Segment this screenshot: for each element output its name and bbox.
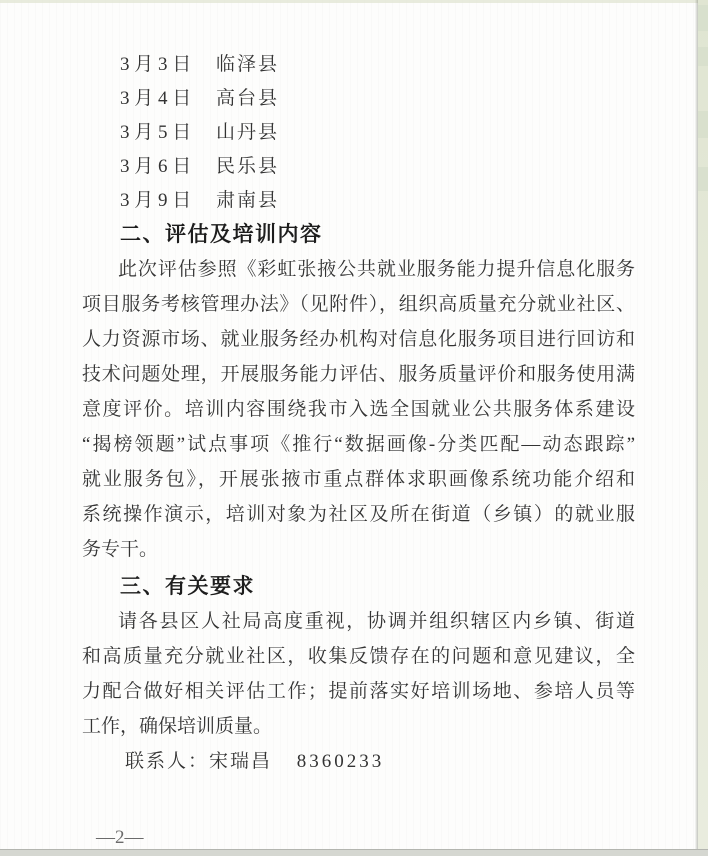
schedule-row: 3 月 6 日民乐县 xyxy=(82,150,635,184)
text-line: 和高质量充分就业社区，收集反馈存在的问题和意见建议，全 xyxy=(82,639,635,674)
text-line: 请各县区人社局高度重视，协调并组织辖区内乡镇、街道 xyxy=(82,604,635,639)
scan-edge-top xyxy=(0,0,698,3)
schedule-row: 3 月 4 日高台县 xyxy=(82,82,635,116)
document-content: 3 月 3 日临泽县3 月 4 日高台县3 月 5 日山丹县3 月 6 日民乐县… xyxy=(82,48,635,779)
schedule-county: 高台县 xyxy=(216,88,279,109)
schedule-row: 3 月 3 日临泽县 xyxy=(82,48,635,82)
text-line: “揭榜领题”试点事项《推行“数据画像-分类匹配—动态跟踪” xyxy=(82,427,635,462)
schedule-county: 肃南县 xyxy=(216,190,279,211)
scanned-document-page: 3 月 3 日临泽县3 月 4 日高台县3 月 5 日山丹县3 月 6 日民乐县… xyxy=(0,0,708,856)
schedule-county: 临泽县 xyxy=(216,54,279,75)
scan-edge-mark xyxy=(698,167,708,191)
page-number: —2— xyxy=(96,828,144,848)
section-heading-evaluation: 二、评估及培训内容 xyxy=(82,217,635,252)
page-edge-shadow xyxy=(695,0,698,849)
contact-person: 联系人：宋瑞昌 xyxy=(125,751,272,772)
schedule-county: 山丹县 xyxy=(216,122,279,143)
contact-phone-number: 8360233 xyxy=(297,751,385,772)
scan-edge-right xyxy=(698,0,708,849)
schedule-date: 3 月 5 日 xyxy=(120,116,192,150)
schedule-list: 3 月 3 日临泽县3 月 4 日高台县3 月 5 日山丹县3 月 6 日民乐县… xyxy=(82,48,635,218)
scan-edge-mark xyxy=(698,111,708,138)
text-line: 技术问题处理，开展服务能力评估、服务质量评价和服务使用满 xyxy=(82,357,635,392)
scan-edge-mark xyxy=(698,47,708,66)
schedule-date: 3 月 3 日 xyxy=(120,48,192,82)
text-line: 项目服务考核管理办法》（见附件），组织高质量充分就业社区、 xyxy=(82,287,635,322)
text-line: 意度评价。培训内容围绕我市入选全国就业公共服务体系建设 xyxy=(82,392,635,427)
schedule-date: 3 月 6 日 xyxy=(120,150,192,184)
schedule-date: 3 月 4 日 xyxy=(120,82,192,116)
text-line: 力配合做好相关评估工作；提前落实好培训场地、参培人员等 xyxy=(82,674,635,709)
schedule-row: 3 月 9 日肃南县 xyxy=(82,184,635,218)
text-line: 就业服务包》，开展张掖市重点群体求职画像系统功能介绍和 xyxy=(82,462,635,497)
section-evaluation-paragraph: 此次评估参照《彩虹张掖公共就业服务能力提升信息化服务项目服务考核管理办法》（见附… xyxy=(82,252,635,567)
text-line: 务专干。 xyxy=(82,532,635,567)
contact-line: 联系人：宋瑞昌 8360233 xyxy=(82,744,635,779)
schedule-county: 民乐县 xyxy=(216,156,279,177)
text-line: 人力资源市场、就业服务经办机构对信息化服务项目进行回访和 xyxy=(82,322,635,357)
section-requirements-paragraph: 请各县区人社局高度重视，协调并组织辖区内乡镇、街道和高质量充分就业社区，收集反馈… xyxy=(82,604,635,744)
scan-edge-mark xyxy=(698,5,708,31)
text-line: 工作，确保培训质量。 xyxy=(82,709,635,744)
text-line: 此次评估参照《彩虹张掖公共就业服务能力提升信息化服务 xyxy=(82,252,635,287)
schedule-row: 3 月 5 日山丹县 xyxy=(82,116,635,150)
scan-edge-bottom xyxy=(0,849,708,856)
section-heading-requirements: 三、有关要求 xyxy=(82,569,635,604)
text-line: 系统操作演示，培训对象为社区及所在街道（乡镇）的就业服 xyxy=(82,497,635,532)
schedule-date: 3 月 9 日 xyxy=(120,184,192,218)
